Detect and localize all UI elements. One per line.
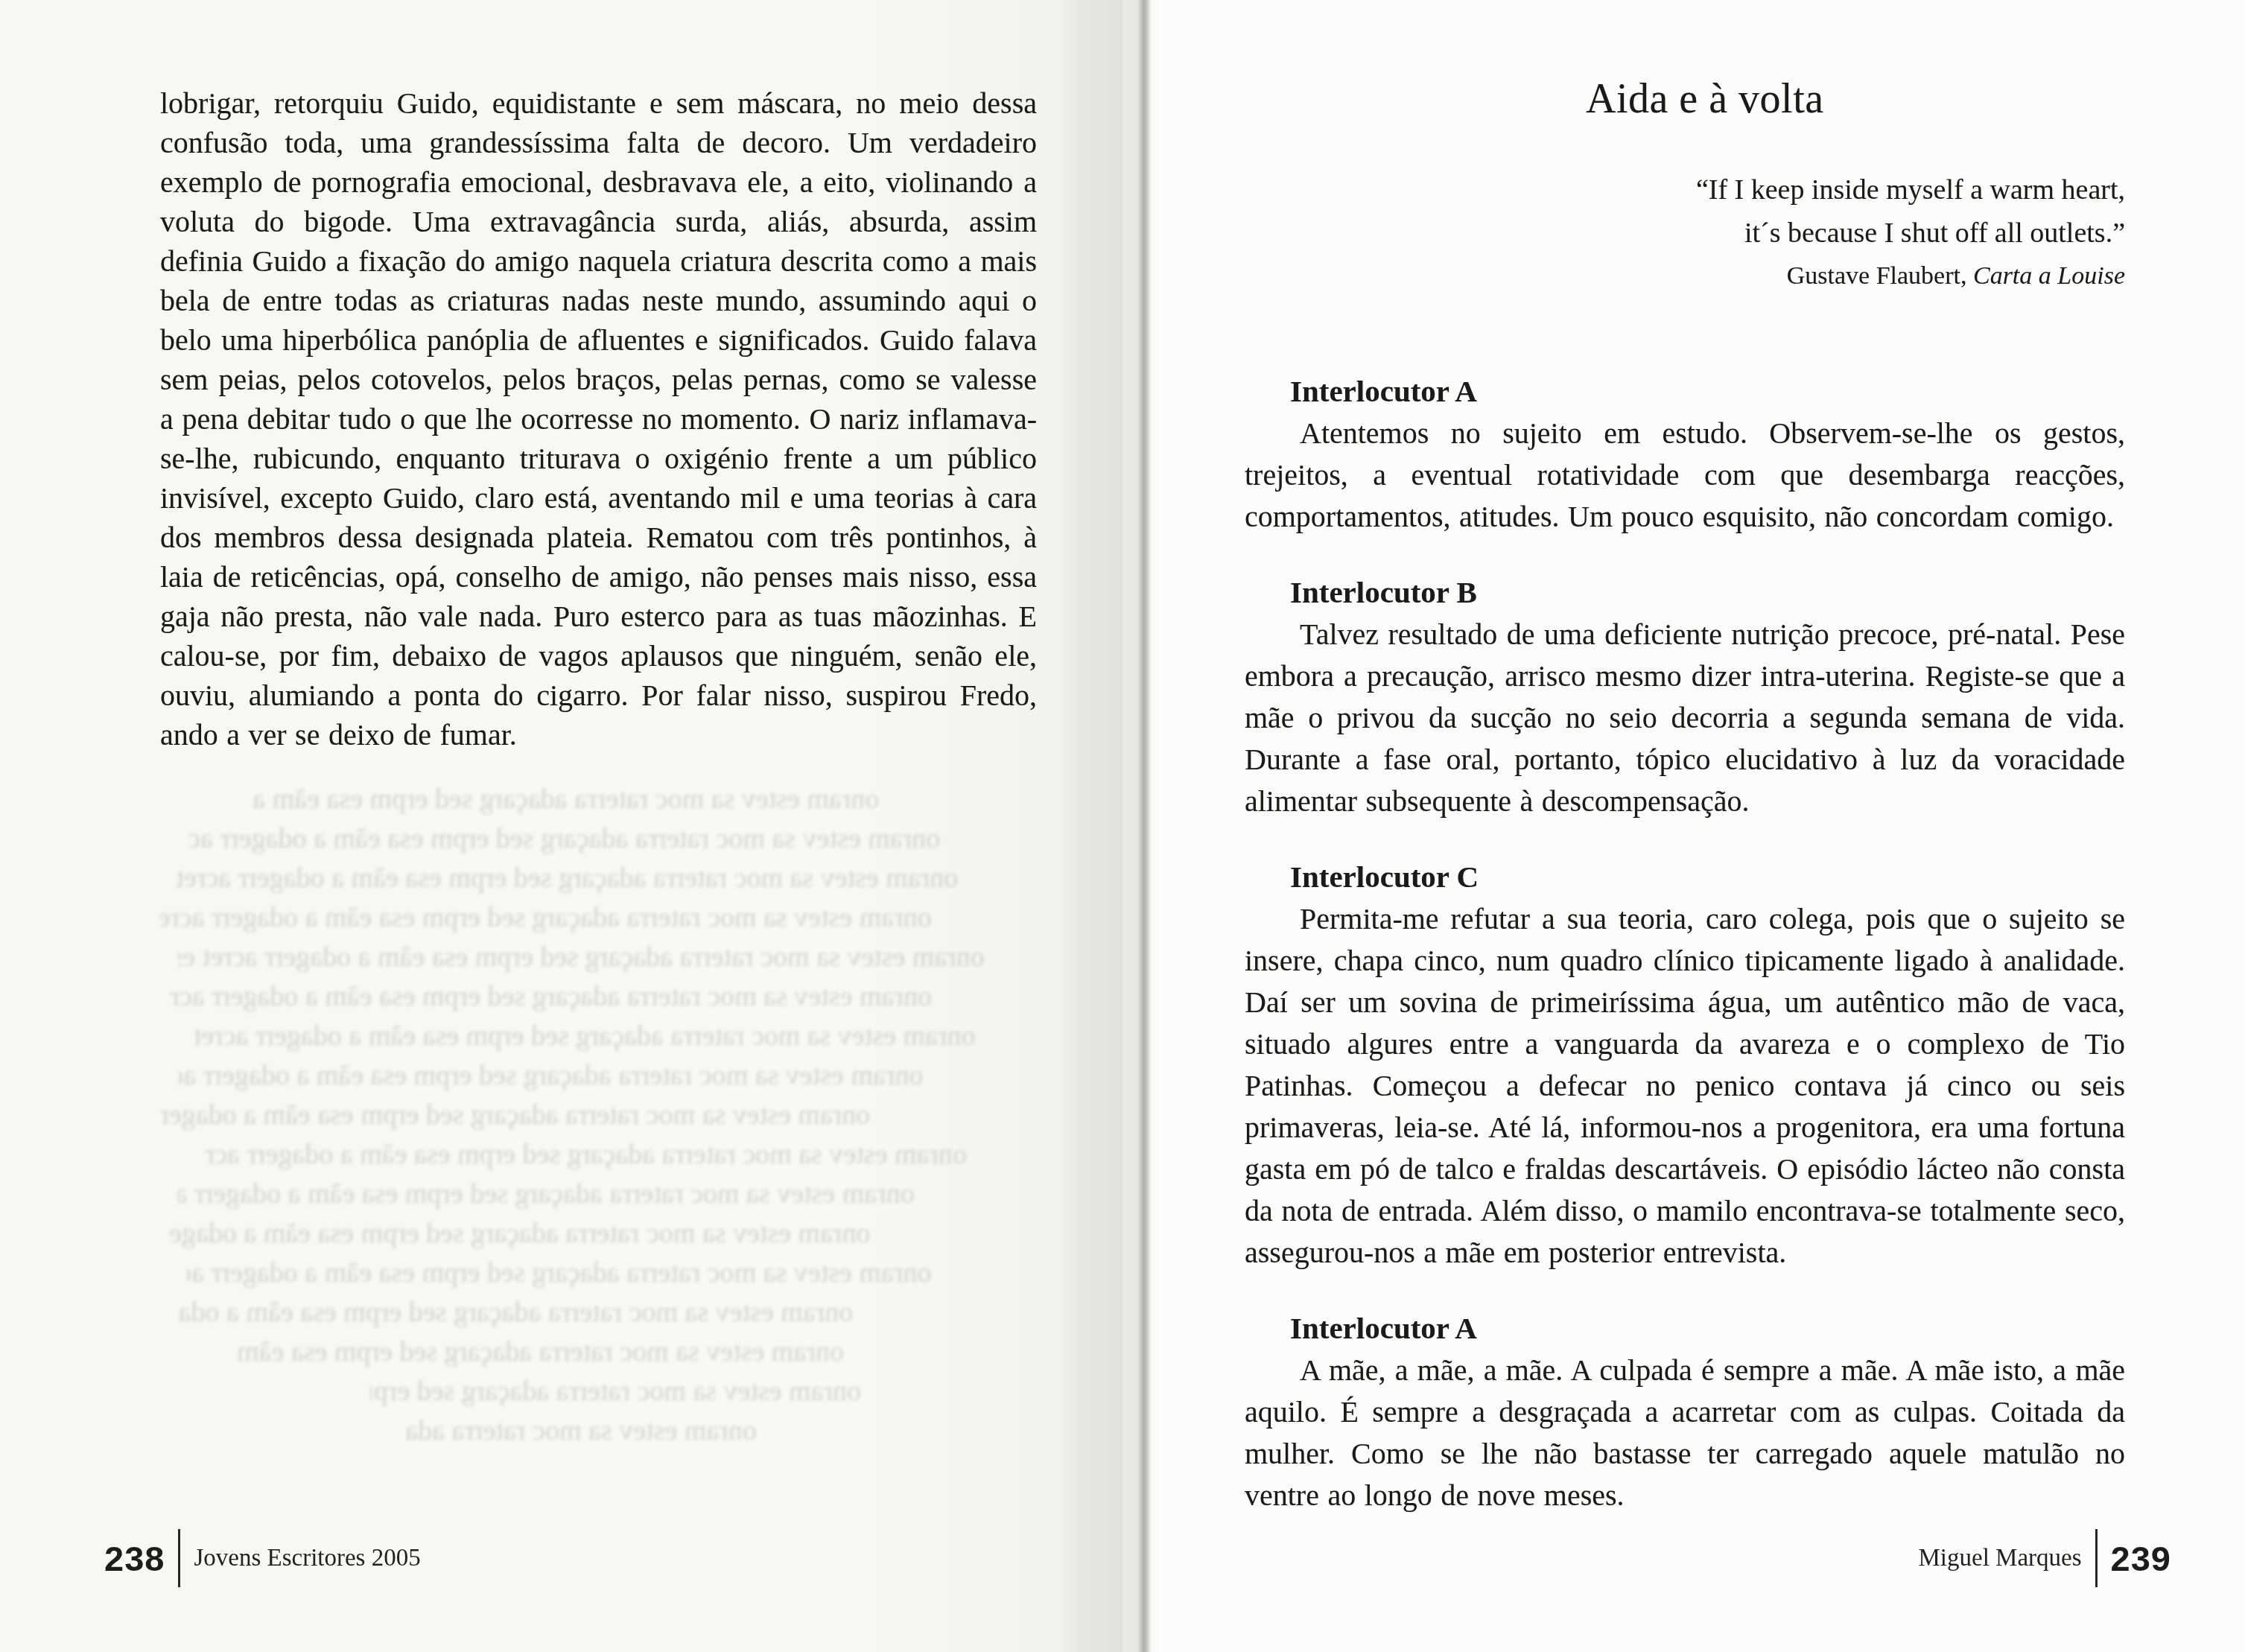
section-heading: Interlocutor A <box>1290 1306 2125 1350</box>
interlocutor-section: Interlocutor CPermita-me refutar a sua t… <box>1245 855 2125 1274</box>
bleed-through-line: onram estev sa moc raterra adaçarg sed e… <box>160 1096 870 1135</box>
bleed-through-line: onram estev sa moc raterra adaçarg sed e… <box>195 1017 976 1056</box>
footer-divider <box>178 1529 180 1587</box>
section-paragraph: Atentemos no sujeito em estudo. Observem… <box>1245 413 2125 538</box>
bleed-through-line: onram estev sa moc raterra adaçarg sed e… <box>406 1411 757 1451</box>
bleed-through-line: onram estev sa moc raterra adaçarg sed e… <box>178 1056 923 1096</box>
section-paragraph: Talvez resultado de uma deficiente nutri… <box>1245 614 2125 822</box>
left-page-footer: 238 Jovens Escritores 2005 <box>104 1528 421 1588</box>
epigraph-attribution-work: Carta a Louise <box>1973 262 2125 290</box>
bleed-through-line: onram estev sa moc raterra adaçarg sed e… <box>230 1332 844 1372</box>
bleed-through-line: onram estev sa moc raterra adaçarg sed e… <box>178 1293 853 1332</box>
right-page-text-block: Aida e à volta “If I keep inside myself … <box>1245 0 2125 1516</box>
section-heading: Interlocutor A <box>1290 369 2125 413</box>
book-spread: lobrigar, retorquiu Guido, equidistante … <box>0 0 2245 1652</box>
page-left: lobrigar, retorquiu Guido, equidistante … <box>0 0 1122 1652</box>
footer-book-title: Jovens Escritores 2005 <box>194 1545 420 1572</box>
bleed-through-text: onram estev sa moc raterra adaçarg sed e… <box>160 780 1037 1451</box>
section-heading: Interlocutor B <box>1290 571 2125 614</box>
interlocutor-sections: Interlocutor AAtentemos no sujeito em es… <box>1245 369 2125 1516</box>
bleed-through-line: onram estev sa moc raterra adaçarg sed e… <box>370 1372 861 1411</box>
epigraph-attribution: Gustave Flaubert, Carta a Louise <box>1245 255 2125 298</box>
page-number-right: 239 <box>2111 1538 2171 1579</box>
left-page-paragraph: lobrigar, retorquiu Guido, equidistante … <box>160 83 1037 754</box>
left-page-text-block: lobrigar, retorquiu Guido, equidistante … <box>160 83 1037 1451</box>
bleed-through-line: onram estev sa moc raterra adaçarg sed e… <box>186 1254 931 1293</box>
interlocutor-section: Interlocutor AA mãe, a mãe, a mãe. A cul… <box>1245 1306 2125 1516</box>
bleed-through-line: onram estev sa moc raterra adaçarg sed e… <box>178 1175 915 1214</box>
chapter-title: Aida e à volta <box>1586 74 2125 124</box>
bleed-through-line: onram estev sa moc raterra adaçarg sed e… <box>186 819 940 859</box>
section-heading: Interlocutor C <box>1290 855 2125 898</box>
bleed-through-line: onram estev sa moc raterra adaçarg sed e… <box>169 1214 871 1254</box>
bleed-through-line: onram estev sa moc raterra adaçarg sed e… <box>178 938 985 977</box>
footer-author: Miguel Marques <box>1919 1545 2082 1572</box>
section-paragraph: Permita-me refutar a sua teoria, caro co… <box>1245 898 2125 1274</box>
section-paragraph: A mãe, a mãe, a mãe. A culpada é sempre … <box>1245 1350 2125 1516</box>
bleed-through-line: onram estev sa moc raterra adaçarg sed e… <box>248 780 879 819</box>
epigraph-line-1: “If I keep inside myself a warm heart, <box>1245 168 2125 212</box>
page-number-left: 238 <box>104 1538 165 1579</box>
epigraph-attribution-author: Gustave Flaubert, <box>1787 262 1973 290</box>
bleed-through-line: onram estev sa moc raterra adaçarg sed e… <box>160 898 932 938</box>
interlocutor-section: Interlocutor BTalvez resultado de uma de… <box>1245 571 2125 822</box>
epigraph-line-2: it´s because I shut off all outlets.” <box>1245 212 2125 255</box>
bleed-through-line: onram estev sa moc raterra adaçarg sed e… <box>169 977 932 1017</box>
epigraph: “If I keep inside myself a warm heart, i… <box>1245 168 2125 298</box>
footer-divider <box>2095 1529 2098 1587</box>
interlocutor-section: Interlocutor AAtentemos no sujeito em es… <box>1245 369 2125 538</box>
right-page-footer: Miguel Marques 239 <box>1919 1528 2171 1588</box>
bleed-through-line: onram estev sa moc raterra adaçarg sed e… <box>204 1135 967 1175</box>
bleed-through-line: onram estev sa moc raterra adaçarg sed e… <box>169 859 958 898</box>
